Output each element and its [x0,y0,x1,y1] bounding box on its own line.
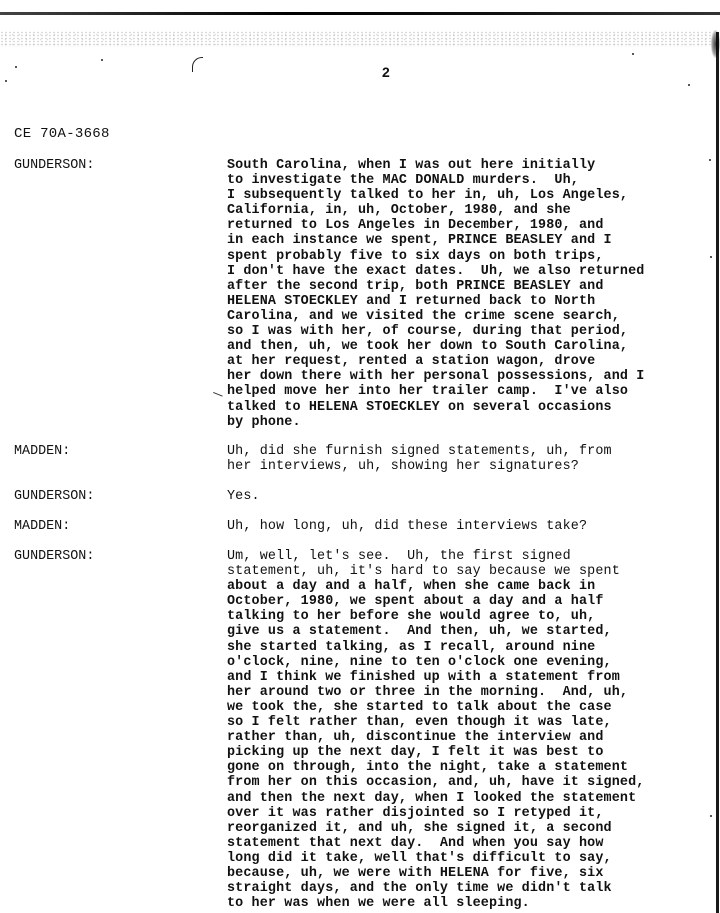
text-line: statement that next day. And when you sa… [227,836,644,851]
text-line: talking to her before she would agree to… [227,609,644,624]
speaker-label: GUNDERSON: [14,549,94,564]
text-line: and then, uh, we took her down to South … [227,339,644,354]
scan-smudge [711,30,720,58]
scan-speck [5,80,7,82]
scan-speck [632,53,634,55]
text-line: picking up the next day, I felt it was b… [227,745,644,760]
text-line: South Carolina, when I was out here init… [227,158,644,173]
text-line: because, uh, we were with HELENA for fiv… [227,866,644,881]
text-line: her down there with her personal possess… [227,369,644,384]
text-line: at her request, rented a station wagon, … [227,354,644,369]
text-line: October, 1980, we spent about a day and … [227,594,644,609]
text-line: I subsequently talked to her in, uh, Los… [227,188,644,203]
scan-speck [15,66,17,68]
speaker-label: GUNDERSON: [14,158,94,173]
text-line: to her was when we were all sleeping. [227,896,644,911]
speech-text: Um, well, let's see. Uh, the first signe… [227,549,644,911]
text-line: rather than, uh, discontinue the intervi… [227,730,644,745]
text-line: straight days, and the only time we didn… [227,881,644,896]
scan-speck [101,59,103,61]
text-line: Carolina, and we visited the crime scene… [227,309,644,324]
text-line: so I felt rather than, even though it wa… [227,715,644,730]
speech-text: Uh, did she furnish signed statements, u… [227,444,612,474]
stray-pen-mark [192,57,203,72]
scan-speck [710,815,712,817]
margin-pen-tick [213,386,225,396]
text-line: so I was with her, of course, during tha… [227,324,644,339]
speech-text: Yes. [227,489,260,504]
text-line: reorganized it, and uh, she signed it, a… [227,821,644,836]
text-line: o'clock, nine, nine to ten o'clock one e… [227,655,644,670]
text-line: after the second trip, both PRINCE BEASL… [227,279,644,294]
top-border-rule [0,12,720,15]
text-line: Yes. [227,489,260,504]
text-line: spent probably five to six days on both … [227,249,644,264]
scan-noise-band [0,31,712,47]
page-right-edge [716,32,719,913]
text-line: helped move her into her trailer camp. I… [227,384,644,399]
text-line: statement, uh, it's hard to say because … [227,564,644,579]
text-line: returned to Los Angeles in December, 198… [227,218,644,233]
text-line: about a day and a half, when she came ba… [227,579,644,594]
text-line: her interviews, uh, showing her signatur… [227,459,612,474]
text-line: long did it take, well that's difficult … [227,851,644,866]
text-line: Um, well, let's see. Uh, the first signe… [227,549,644,564]
text-line: we took the, she started to talk about t… [227,700,644,715]
speaker-label: MADDEN: [14,444,70,459]
speech-text: Uh, how long, uh, did these interviews t… [227,519,587,534]
text-line: she started talking, as I recall, around… [227,640,644,655]
text-line: over it was rather disjointed so I retyp… [227,806,644,821]
text-line: Uh, did she furnish signed statements, u… [227,444,612,459]
text-line: to investigate the MAC DONALD murders. U… [227,173,644,188]
text-line: give us a statement. And then, uh, we st… [227,624,644,639]
speaker-label: GUNDERSON: [14,489,94,504]
scan-speck [710,256,712,258]
text-line: her around two or three in the morning. … [227,685,644,700]
text-line: California, in, uh, October, 1980, and s… [227,203,644,218]
text-line: Uh, how long, uh, did these interviews t… [227,519,587,534]
text-line: and I think we finished up with a statem… [227,670,644,685]
file-number: CE 70A-3668 [14,126,110,142]
scan-speck [688,84,690,86]
text-line: gone on through, into the night, take a … [227,760,644,775]
text-line: by phone. [227,415,644,430]
text-line: in each instance we spent, PRINCE BEASLE… [227,233,644,248]
scan-speck [709,159,711,161]
speech-text: South Carolina, when I was out here init… [227,158,644,430]
text-line: HELENA STOECKLEY and I returned back to … [227,294,644,309]
page-number: 2 [382,64,390,80]
text-line: talked to HELENA STOECKLEY on several oc… [227,400,644,415]
text-line: I don't have the exact dates. Uh, we als… [227,264,644,279]
text-line: and then the next day, when I looked the… [227,791,644,806]
text-line: from her on this occasion, and, uh, have… [227,775,644,790]
speaker-label: MADDEN: [14,519,70,534]
